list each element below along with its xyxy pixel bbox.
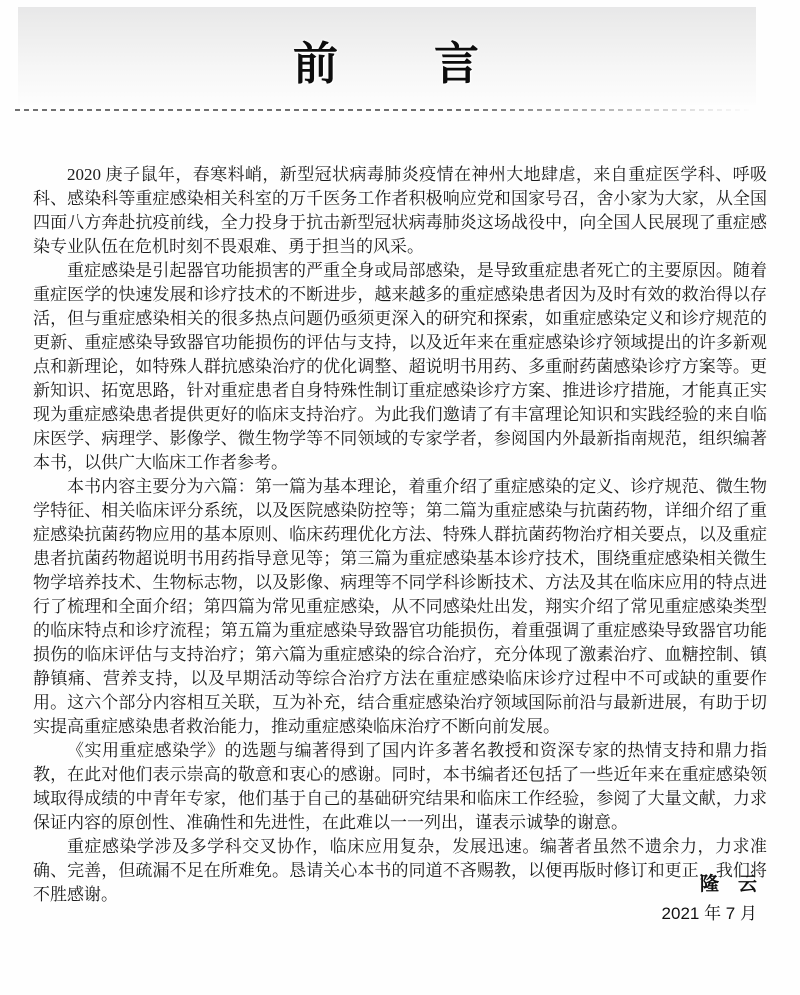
- signature-author: 隆 云: [662, 872, 757, 898]
- dashed-divider-fade: [15, 109, 775, 112]
- preface-page: { "page": { "title": "前 言", "paragraphs"…: [0, 0, 800, 995]
- signature-date: 2021 年 7 月: [662, 902, 757, 926]
- signature-block: 隆 云 2021 年 7 月: [662, 872, 757, 926]
- preface-paragraph-1: 2020 庚子鼠年，春寒料峭，新型冠状病毒肺炎疫情在神州大地肆虐，来自重症医学科…: [33, 163, 767, 259]
- preface-paragraph-4: 《实用重症感染学》的选题与编著得到了国内许多著名教授和资深专家的热情支持和鼎力指…: [33, 739, 767, 835]
- preface-paragraph-3: 本书内容主要分为六篇：第一篇为基本理论，着重介绍了重症感染的定义、诊疗规范、微生…: [33, 475, 767, 739]
- preface-paragraph-5: 重症感染学涉及多学科交叉协作，临床应用复杂，发展迅速。编著者虽然不遗余力，力求准…: [33, 835, 767, 907]
- header-band: 前 言: [18, 7, 756, 105]
- preface-paragraph-2: 重症感染是引起器官功能损害的严重全身或局部感染，是导致重症患者死亡的主要原因。随…: [33, 259, 767, 475]
- preface-body: 2020 庚子鼠年，春寒料峭，新型冠状病毒肺炎疫情在神州大地肆虐，来自重症医学科…: [33, 163, 767, 907]
- page-title: 前 言: [293, 21, 481, 92]
- dashed-divider: [15, 109, 775, 112]
